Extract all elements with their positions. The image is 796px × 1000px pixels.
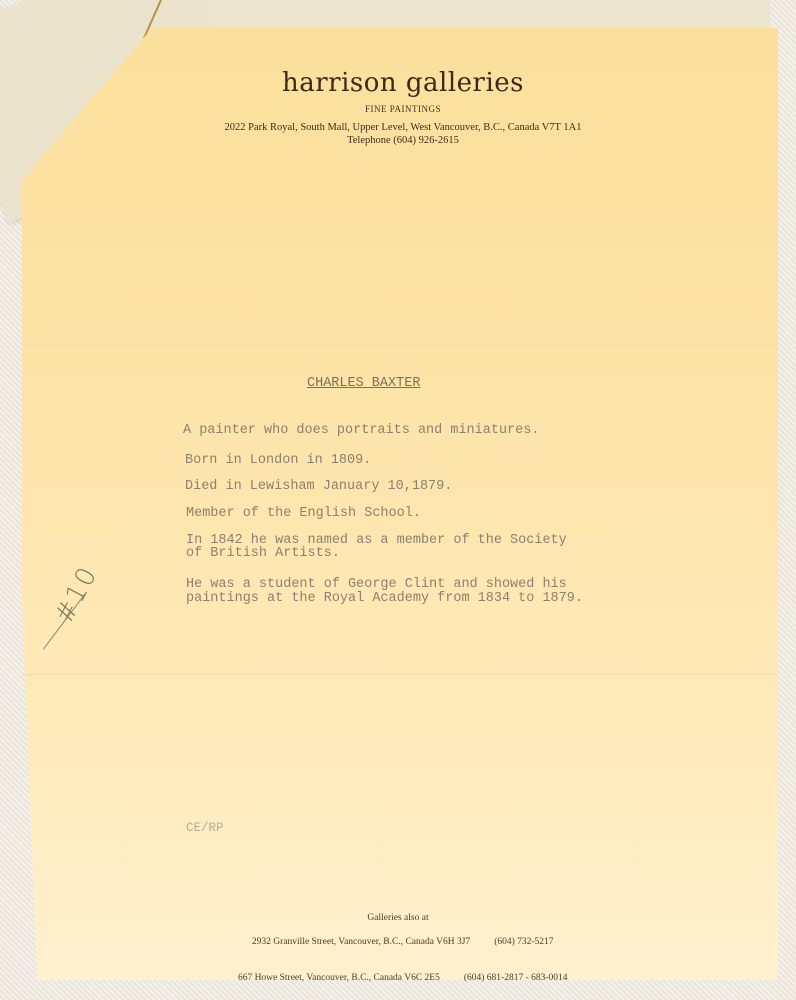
fold-line: [22, 345, 778, 347]
paragraph-3: Died in Lewisham January 10,1879.: [185, 480, 452, 494]
footer-location-1: 2932 Granville Street, Vancouver, B.C., …: [0, 924, 796, 960]
location-phone: (604) 681-2817 - 683-0014: [464, 973, 568, 983]
paragraph-4: Member of the English School.: [186, 507, 421, 521]
gallery-telephone: Telephone (604) 926-2615: [10, 135, 796, 146]
location-address: 667 Howe Street, Vancouver, B.C., Canada…: [238, 973, 440, 983]
background-envelope: [210, 0, 770, 32]
footer-heading: Galleries also at: [0, 912, 796, 924]
typist-initials: CE/RP: [186, 821, 224, 835]
location-phone: (604) 732-5217: [494, 937, 553, 947]
paragraph-2: Born in London in 1809.: [185, 454, 371, 468]
paragraph-1: A painter who does portraits and miniatu…: [183, 424, 539, 438]
fold-line: [22, 674, 778, 676]
gallery-address: 2022 Park Royal, South Mall, Upper Level…: [10, 122, 796, 133]
footer: Galleries also at 2932 Granville Street,…: [0, 912, 796, 996]
tagline: FINE PAINTINGS: [10, 104, 796, 114]
letter-sheet: [22, 28, 778, 980]
location-address: 2932 Granville Street, Vancouver, B.C., …: [252, 937, 470, 947]
paragraph-5-line-2: of British Artists.: [186, 547, 340, 561]
document-title: CHARLES BAXTER: [307, 377, 420, 391]
gallery-logo: harrison galleries: [10, 68, 796, 98]
letterhead: harrison galleries FINE PAINTINGS 2022 P…: [0, 68, 796, 146]
footer-location-2: 667 Howe Street, Vancouver, B.C., Canada…: [0, 960, 796, 996]
paragraph-6-line-2: paintings at the Royal Academy from 1834…: [186, 592, 583, 606]
paragraph-6-line-1: He was a student of George Clint and sho…: [186, 578, 567, 592]
